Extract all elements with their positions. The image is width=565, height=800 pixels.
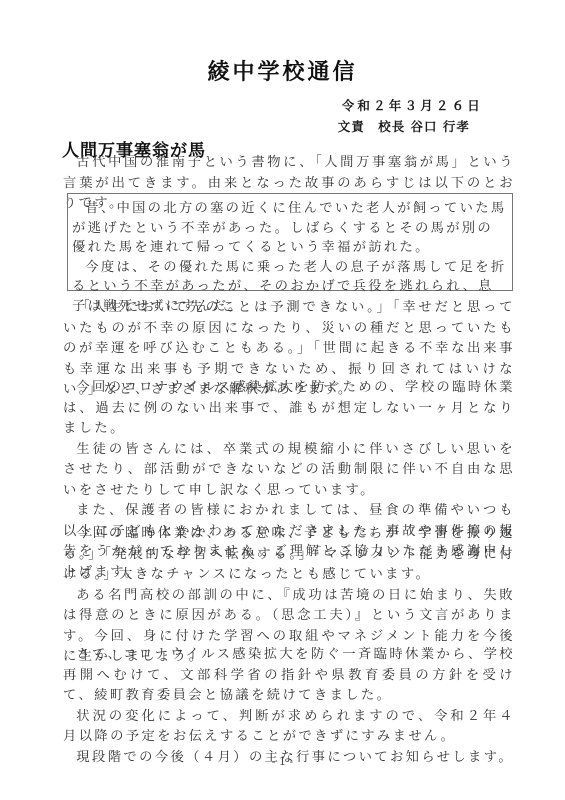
page-number: - 1 - (0, 755, 565, 768)
story-box: 昔、中国の北方の塞の近くに住んでいた老人が飼っていた馬が逃げたという不幸があった… (67, 193, 513, 291)
reopening-paragraph: 状況の変化によって、判断が求められますので、令和２年４月以降の予定をお伝えするこ… (63, 707, 515, 748)
header-meta: 令和２年３月２６日 文責 校長 谷口 行孝 (338, 95, 483, 137)
author-line: 文責 校長 谷口 行孝 (338, 116, 483, 137)
document-page: 綾中学校通信 令和２年３月２６日 文責 校長 谷口 行孝 人間万事塞翁が馬 古代… (0, 0, 565, 800)
story-paragraph: 昔、中国の北方の塞の近くに住んでいた老人が飼っていた馬が逃げたという不幸があった… (72, 199, 508, 258)
learning-paragraph: 今回の臨時休業は、ある意味、子どもたちが「学習を振り返る。」「発展的な学習へ転換… (63, 524, 515, 586)
newsletter-title: 綾中学校通信 (0, 55, 565, 86)
reopening-section: さて、コロナウイルス感染拡大を防ぐ一斉臨時休業から、学校再開へむけて、文部科学省… (63, 645, 515, 768)
issue-date: 令和２年３月２６日 (338, 95, 483, 116)
closure-paragraph: 今回のコロナウイルス感染拡大を防ぐための、学校の臨時休業は、過去に例のない出来事… (63, 378, 515, 440)
closure-paragraph: 生徒の皆さんには、卒業式の規模縮小に伴いさびしい思いをさせたり、部活動ができない… (63, 440, 515, 502)
reopening-paragraph: さて、コロナウイルス感染拡大を防ぐ一斉臨時休業から、学校再開へむけて、文部科学省… (63, 645, 515, 707)
